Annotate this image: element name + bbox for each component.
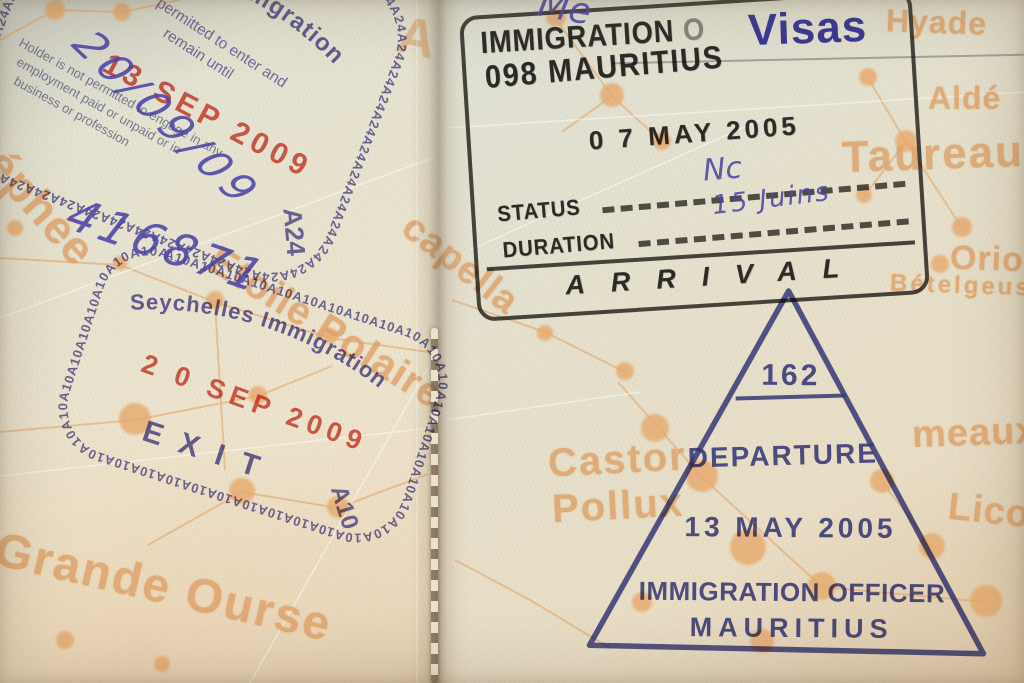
immigration-officer-label: IMMIGRATION OFFICER [639,576,946,609]
mauritius-arrival-stamp: IMMIGRATIONO 098 MAURITIUS 0 7 MAY 2005 … [459,0,930,322]
departure-number: 162 [761,359,820,393]
status-label: STATUS [496,194,581,227]
departure-label: DEPARTURE [687,437,878,473]
duration-label: DURATION [502,228,616,263]
departure-date: 13 MAY 2005 [684,511,896,544]
stamp-date: 0 7 MAY 2005 [588,110,801,156]
departure-country: MAURITIUS [690,612,894,644]
stamp-code-a24: A24 [277,207,311,258]
passport-photo: Céphée Etoile Polaire Grande Ourse A cap… [0,0,1024,683]
triangle-divider-line [736,395,846,400]
mauritius-departure-stamp: 162 DEPARTURE 13 MAY 2005 IMMIGRATION OF… [581,281,996,665]
